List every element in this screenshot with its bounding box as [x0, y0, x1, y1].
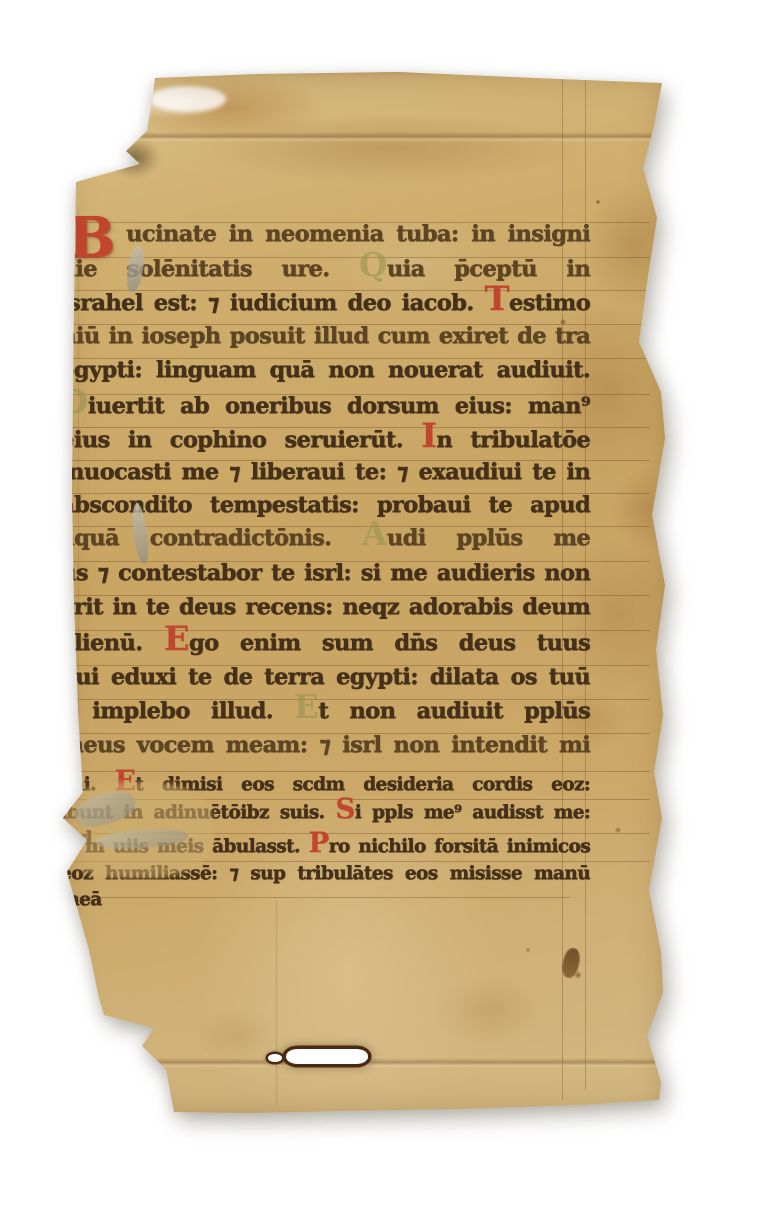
text-line: ⁊ implebo illud. Et non audiuit pplūs [60, 696, 590, 728]
line-text: meus vocem meam: ⁊ isrl non intendit mi [60, 732, 590, 758]
leaf-shadow-wrapper: B ucinate in neomenia tuba: in insignidi… [58, 70, 670, 1118]
horizontal-rule-line [72, 897, 570, 898]
versal-initial: S [335, 792, 354, 825]
versal-initial: D [60, 382, 88, 421]
ink-smudge [560, 947, 582, 980]
versal-initial: E [164, 618, 189, 658]
line-text: israhel est: ⁊ iudicium deo iacob. [60, 290, 484, 316]
line-text: t dimisi eos scdm desideria cordis eoz: [135, 774, 590, 795]
manuscript-leaf: B ucinate in neomenia tuba: in insignidi… [58, 70, 670, 1118]
text-line: us ⁊ contestabor te isrl: si me audieris… [60, 558, 590, 590]
text-line: inuocasti me ⁊ liberaui te: ⁊ exaudiui t… [60, 457, 590, 489]
text-line: niū in ioseph posuit illud cum exiret de… [60, 321, 590, 353]
line-text: ⁊ implebo illud. [60, 698, 294, 724]
line-text: niū in ioseph posuit illud cum exiret de… [60, 323, 590, 349]
line-text: inuocasti me ⁊ liberaui te: ⁊ exaudiui t… [60, 459, 590, 485]
versal-initial: T [484, 278, 509, 318]
text-line: qui eduxi te de terra egypti: dilata os … [60, 662, 590, 694]
fold-crease-vertical [275, 900, 278, 1105]
line-text: udi pplūs me [387, 525, 590, 551]
versal-initial: I [421, 415, 436, 455]
wormhole-damage [286, 1049, 368, 1064]
text-line: eius in cophino seruierūt. In tribulatōe [60, 424, 590, 456]
text-line: erit in te deus recens: neqz adorabis de… [60, 592, 590, 624]
line-text: eius in cophino seruierūt. [60, 427, 421, 453]
versal-initial: E [294, 687, 318, 726]
line-text: ro nichilo forsitā inimicos [329, 836, 590, 857]
line-text: qui eduxi te de terra egypti: dilata os … [60, 664, 590, 690]
abrasion-white-patch [150, 86, 226, 112]
line-text: iuertit ab oneribus dorsum eius: man⁹ [88, 393, 590, 419]
line-text: ucinate in neomenia tuba: in insigni [126, 221, 590, 247]
photo-background: B ucinate in neomenia tuba: in insignidi… [0, 0, 768, 1210]
versal-initial: A [362, 514, 387, 553]
line-text: us ⁊ contestabor te isrl: si me audieris… [60, 560, 590, 586]
text-line: Diuertit ab oneribus dorsum eius: man⁹ [60, 391, 590, 423]
text-line: israhel est: ⁊ iudicium deo iacob. Testi… [60, 287, 590, 319]
text-line: egypti: linguam quā non nouerat audiuit. [60, 355, 590, 387]
versal-initial: P [308, 826, 328, 859]
text-line: meus vocem meam: ⁊ isrl non intendit mi [60, 730, 590, 762]
line-text: go enim sum dn̄s deus tuus [189, 630, 590, 656]
line-text: estimo [509, 290, 590, 316]
line-text: die solēnitatis ure. [60, 256, 359, 282]
text-line: alienū. Ego enim sum dn̄s deus tuus [60, 627, 590, 659]
line-text: egypti: linguam quā non nouerat audiuit. [60, 357, 590, 383]
line-text: alienū. [60, 630, 164, 656]
line-text: n tribulatōe [436, 427, 590, 453]
line-text: aquā contradictōnis. [60, 525, 362, 551]
fold-crease-top [58, 132, 670, 142]
versal-initial: Q [359, 245, 387, 284]
line-text: erit in te deus recens: neqz adorabis de… [60, 594, 590, 620]
line-text: t non audiuit pplūs [318, 698, 590, 724]
wormhole-damage-small [268, 1054, 282, 1062]
dark-edge-damage [108, 138, 160, 178]
